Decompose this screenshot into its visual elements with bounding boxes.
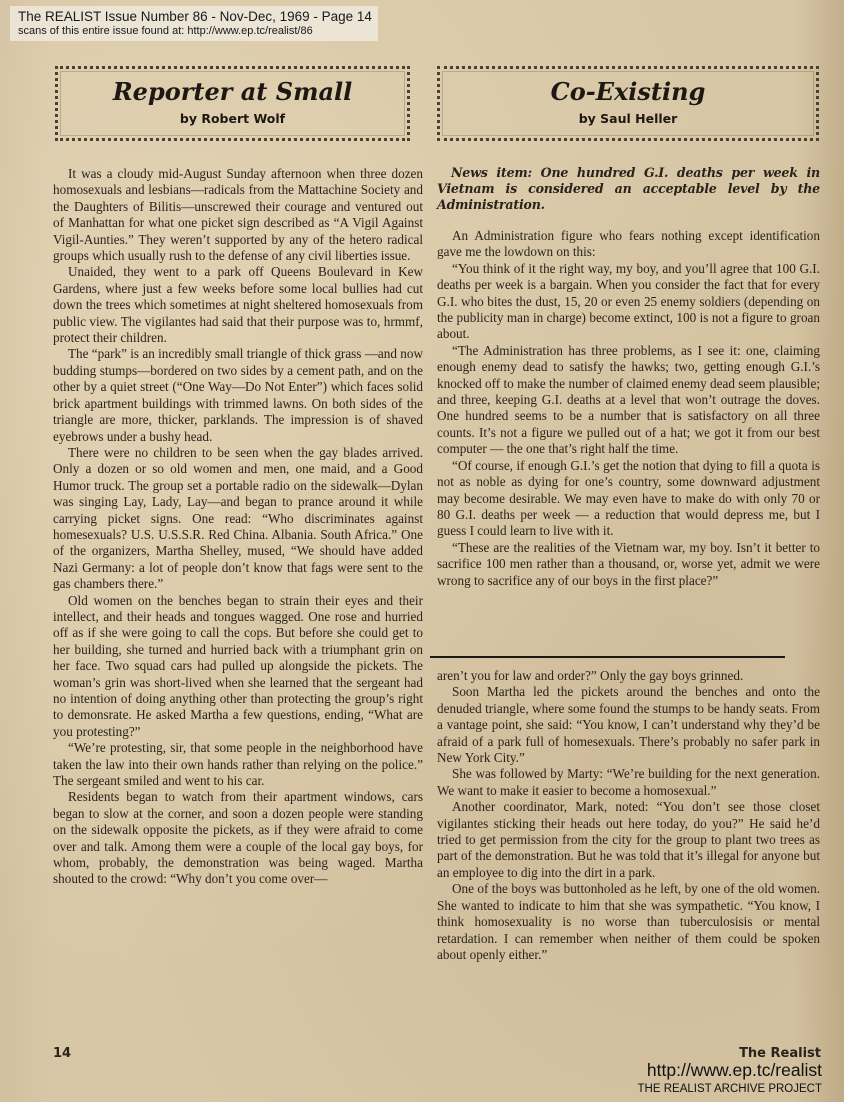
paragraph: Soon Martha led the pickets around the b…	[437, 684, 820, 766]
archive-banner: The REALIST Issue Number 86 - Nov-Dec, 1…	[10, 6, 378, 41]
paragraph: Old women on the benches began to strain…	[53, 593, 423, 741]
paragraph: An Administration figure who fears nothi…	[437, 228, 820, 261]
paragraph: The “park” is an incredibly small triang…	[53, 346, 423, 444]
left-article-continuation: aren’t you for law and order?” Only the …	[437, 668, 820, 963]
paragraph: Unaided, they went to a park off Queens …	[53, 264, 423, 346]
left-article-title: Reporter at Small	[58, 78, 407, 106]
right-article-title: Co-Existing	[440, 78, 816, 106]
paragraph: There were no children to be seen when t…	[53, 445, 423, 593]
magazine-name: The Realist	[739, 1046, 821, 1061]
right-article-body: An Administration figure who fears nothi…	[437, 228, 820, 589]
paragraph: It was a cloudy mid-August Sunday aftern…	[53, 166, 423, 264]
left-article-body: It was a cloudy mid-August Sunday aftern…	[53, 166, 423, 888]
archive-project-label: THE REALIST ARCHIVE PROJECT	[638, 1083, 822, 1095]
left-article-byline: by Robert Wolf	[58, 111, 407, 126]
paragraph: “The Administration has three problems, …	[437, 343, 820, 458]
paragraph: “Of course, if enough G.I.’s get the not…	[437, 458, 820, 540]
right-article-byline: by Saul Heller	[440, 111, 816, 126]
paragraph: “We’re protesting, sir, that some people…	[53, 740, 423, 789]
archive-url-link[interactable]: http://www.ep.tc/realist	[647, 1060, 822, 1081]
news-item: News item: One hundred G.I. deaths per w…	[437, 165, 820, 213]
issue-info: The REALIST Issue Number 86 - Nov-Dec, 1…	[18, 9, 372, 25]
right-article-header: Co-Existing by Saul Heller	[437, 66, 819, 141]
paragraph: One of the boys was buttonholed as he le…	[437, 881, 820, 963]
paragraph: She was followed by Marty: “We’re buildi…	[437, 766, 820, 799]
left-article-header: Reporter at Small by Robert Wolf	[55, 66, 410, 141]
paragraph: “You think of it the right way, my boy, …	[437, 261, 820, 343]
paragraph: “These are the realities of the Vietnam …	[437, 540, 820, 589]
article-divider	[430, 656, 785, 658]
paragraph: Another coordinator, Mark, noted: “You d…	[437, 799, 820, 881]
page-number: 14	[53, 1046, 71, 1061]
paragraph: Residents began to watch from their apar…	[53, 789, 423, 887]
news-item-text: News item: One hundred G.I. deaths per w…	[437, 165, 820, 213]
scans-link-text[interactable]: scans of this entire issue found at: htt…	[18, 25, 372, 37]
paragraph: aren’t you for law and order?” Only the …	[437, 668, 820, 684]
